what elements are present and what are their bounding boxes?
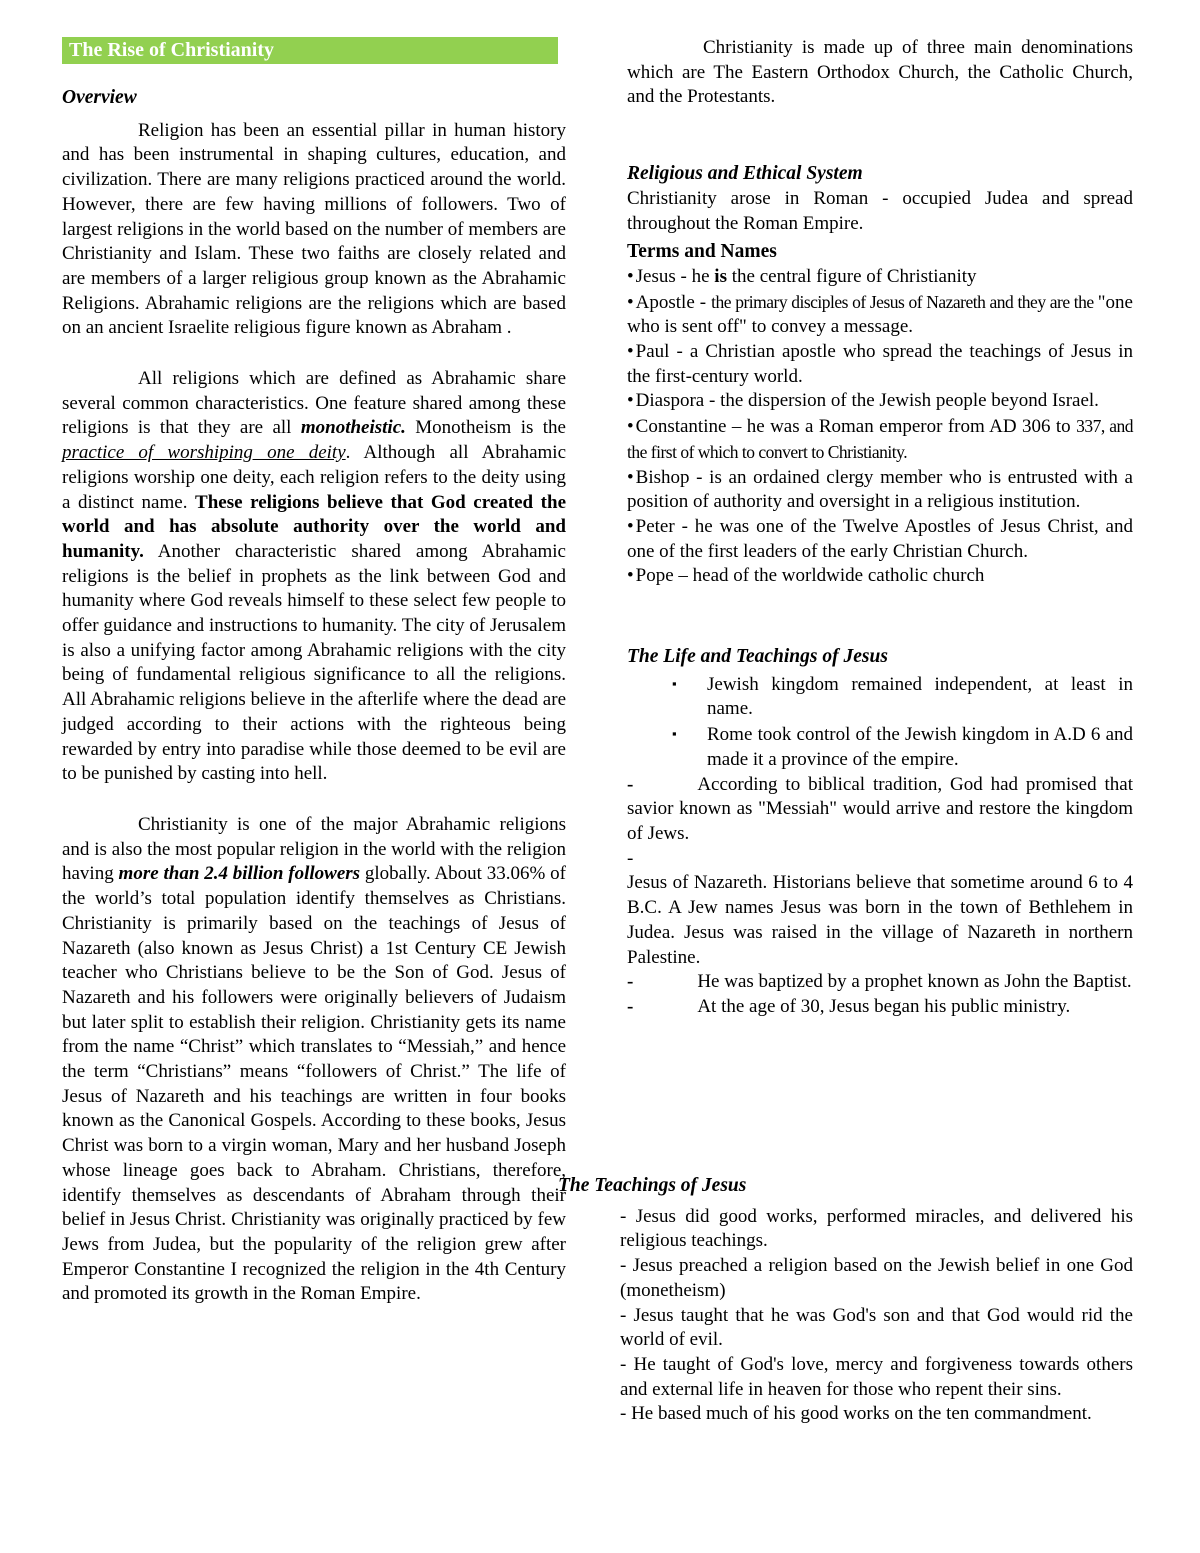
life-item-baptized: -He was baptized by a prophet known as J…: [627, 970, 1133, 995]
term-item-peter: •Peter - he was one of the Twelve Apostl…: [627, 515, 1133, 564]
text-run: Apostle -: [636, 292, 712, 313]
bullet-icon: •: [627, 467, 636, 488]
text-run: Jesus of Nazareth. Historians believe th…: [627, 872, 1133, 967]
dash-bullet-icon: -: [627, 996, 633, 1017]
overview-heading: Overview: [62, 86, 566, 111]
document-page: The Rise of Christianity Overview Religi…: [0, 0, 1200, 1553]
text-run: the primary disciples of Jesus of Nazare…: [711, 292, 1098, 312]
text-run: - Jesus taught that he was God's son and…: [620, 1305, 1133, 1351]
overview-paragraph-3: Christianity is one of the major Abraham…: [62, 813, 566, 1307]
life-item-jewish-kingdom: ▪Jewish kingdom remained independent, at…: [672, 672, 1133, 722]
terms-and-names-heading: Terms and Names: [627, 240, 1133, 265]
text-run: globally. About 33.06% of the world’s to…: [62, 863, 566, 1304]
text-run: Jewish kingdom remained independent, at …: [707, 674, 1133, 720]
bullet-icon: •: [627, 292, 636, 313]
right-column: Christianity is made up of three main de…: [627, 36, 1133, 1020]
teachings-list: - Jesus did good works, performed miracl…: [558, 1205, 1133, 1427]
teaching-item-gods-son: - Jesus taught that he was God's son and…: [620, 1304, 1133, 1353]
text-run: - Jesus did good works, performed miracl…: [620, 1206, 1133, 1252]
terms-list: •Jesus - he is the central figure of Chr…: [627, 265, 1133, 589]
bullet-icon: •: [627, 390, 636, 411]
life-list: ▪Jewish kingdom remained independent, at…: [627, 672, 1133, 1020]
life-item-nazareth: Jesus of Nazareth. Historians believe th…: [627, 871, 1133, 970]
term-item-pope: •Pope – head of the worldwide catholic c…: [627, 564, 1133, 589]
square-bullet-icon: ▪: [672, 722, 707, 747]
bullet-icon: •: [627, 416, 636, 437]
dash-bullet-icon: -: [627, 971, 633, 992]
overview-paragraph-1: Religion has been an essential pillar in…: [62, 119, 566, 341]
term-item-constantine: •Constantine – he was a Roman emperor fr…: [627, 414, 1133, 465]
text-run: practice of worshiping one deity: [62, 442, 346, 463]
religious-system-text: Christianity arose in Roman - occupied J…: [627, 187, 1133, 236]
text-run: According to biblical tradition, God had…: [627, 774, 1133, 844]
text-run: Rome took control of the Jewish kingdom …: [707, 724, 1133, 770]
term-item-jesus: •Jesus - he is the central figure of Chr…: [627, 265, 1133, 290]
term-item-bishop: •Bishop - is an ordained clergy member w…: [627, 466, 1133, 515]
text-run: monotheistic.: [301, 417, 406, 438]
text-run: Diaspora - the dispersion of the Jewish …: [636, 390, 1099, 411]
teaching-item-forgiveness: - He taught of God's love, mercy and for…: [620, 1353, 1133, 1402]
text-run: Monotheism is the: [406, 417, 566, 438]
religious-system-heading: Religious and Ethical System: [627, 162, 1133, 187]
text-run: Christianity is made up of three main de…: [627, 37, 1133, 107]
teaching-item-good-works: - Jesus did good works, performed miracl…: [620, 1205, 1133, 1254]
text-run: Paul - a Christian apostle who spread th…: [627, 341, 1133, 387]
dash-bullet-icon: -: [627, 774, 633, 795]
text-run: - Jesus preached a religion based on the…: [620, 1255, 1133, 1301]
teachings-heading: The Teachings of Jesus: [558, 1174, 1133, 1199]
text-run: the central figure of Christianity: [727, 266, 977, 287]
text-run: - He based much of his good works on the…: [620, 1403, 1092, 1424]
bullet-icon: •: [627, 516, 636, 537]
life-teachings-heading: The Life and Teachings of Jesus: [627, 645, 1133, 670]
text-run: Peter - he was one of the Twelve Apostle…: [627, 516, 1133, 562]
denominations-paragraph: Christianity is made up of three main de…: [627, 36, 1133, 110]
term-item-apostle: •Apostle - the primary disciples of Jesu…: [627, 290, 1133, 340]
document-title: The Rise of Christianity: [69, 39, 274, 61]
text-run: more than 2.4 billion followers: [119, 863, 361, 884]
text-run: is: [714, 266, 727, 287]
teaching-item-commandment: - He based much of his good works on the…: [620, 1402, 1133, 1427]
text-run: Christianity arose in Roman - occupied J…: [627, 188, 1133, 234]
bullet-icon: •: [627, 565, 636, 586]
life-item-rome-control: ▪Rome took control of the Jewish kingdom…: [672, 722, 1133, 772]
text-run: Religion has been an essential pillar in…: [62, 120, 566, 339]
text-run: At the age of 30, Jesus began his public…: [697, 996, 1070, 1017]
bullet-icon: •: [627, 266, 636, 287]
left-column: Overview Religion has been an essential …: [62, 86, 566, 1307]
square-bullet-icon: ▪: [672, 672, 707, 697]
teachings-section: The Teachings of Jesus - Jesus did good …: [558, 1174, 1133, 1427]
text-run: -: [627, 848, 633, 869]
text-run: Bishop - is an ordained clergy member wh…: [627, 467, 1133, 513]
term-item-diaspora: •Diaspora - the dispersion of the Jewish…: [627, 389, 1133, 414]
text-run: Constantine – he was a Roman emperor fro…: [636, 416, 1076, 437]
bullet-icon: •: [627, 341, 636, 362]
text-run: Another characteristic shared among Abra…: [62, 541, 566, 784]
life-item-ministry: -At the age of 30, Jesus began his publi…: [627, 995, 1133, 1020]
lone-dash: -: [627, 847, 1133, 872]
text-run: - He taught of God's love, mercy and for…: [620, 1354, 1133, 1400]
life-item-biblical-tradition: -According to biblical tradition, God ha…: [627, 773, 1133, 847]
text-run: Pope – head of the worldwide catholic ch…: [636, 565, 985, 586]
document-title-bar: The Rise of Christianity: [62, 37, 558, 64]
text-run: He was baptized by a prophet known as Jo…: [697, 971, 1131, 992]
teaching-item-one-god: - Jesus preached a religion based on the…: [620, 1254, 1133, 1303]
term-item-paul: •Paul - a Christian apostle who spread t…: [627, 340, 1133, 389]
text-run: Jesus - he: [636, 266, 715, 287]
overview-paragraph-2: All religions which are defined as Abrah…: [62, 367, 566, 787]
